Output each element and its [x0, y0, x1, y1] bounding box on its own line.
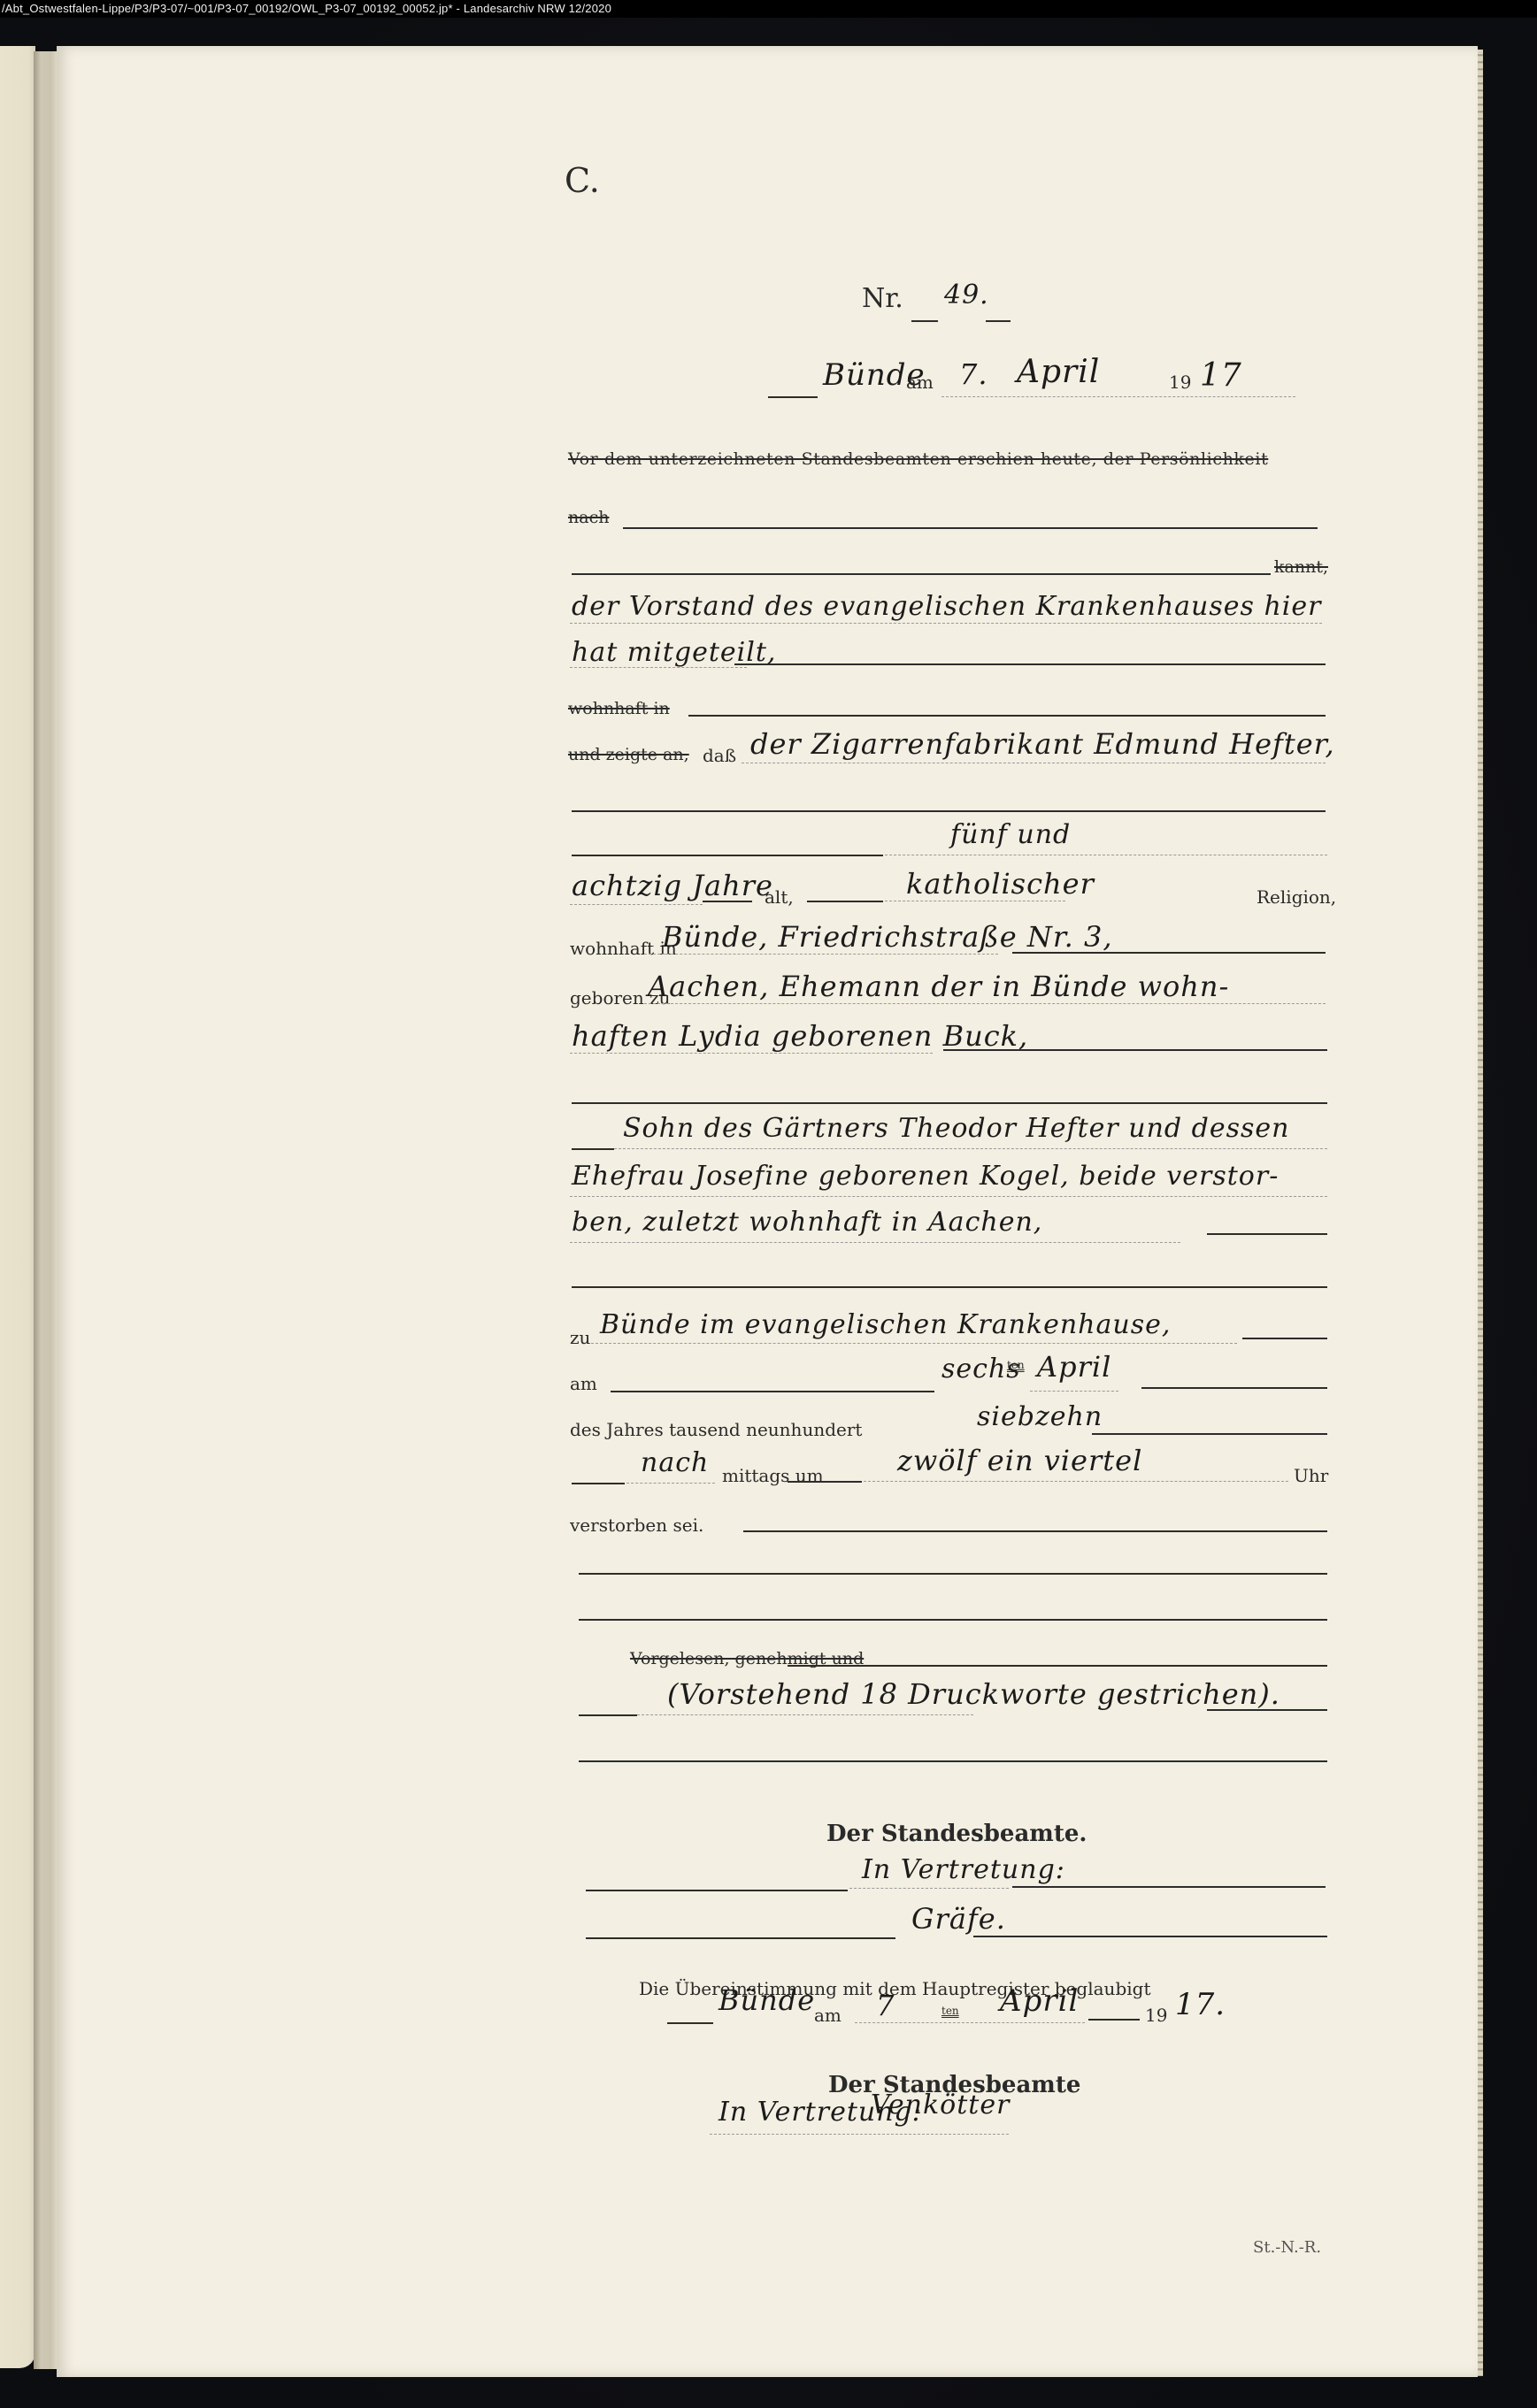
- struck-intro-text: Vor dem unterzeichneten Standesbeamten e…: [568, 449, 1364, 469]
- parents-line-1: Sohn des Gärtners Theodor Hefter und des…: [623, 1113, 1289, 1144]
- cert-day: 7: [876, 1989, 895, 2022]
- age-line-2: achtzig Jahre: [572, 869, 773, 902]
- footer-form-mark: St.-N.-R.: [1253, 2238, 1321, 2257]
- residence-value: Bünde, Friedrichstraße Nr. 3,: [662, 920, 1113, 954]
- number-label: Nr.: [862, 283, 903, 314]
- daytime-value: nach: [641, 1447, 709, 1478]
- struck-zeigte-an: und zeigte an,: [568, 745, 689, 764]
- zu-label: zu: [570, 1327, 590, 1348]
- book-gutter: [34, 51, 58, 2369]
- time-value: zwölf ein viertel: [897, 1444, 1142, 1477]
- registrar-deputy: In Vertretung:: [862, 1854, 1065, 1885]
- date-month: April: [1017, 354, 1100, 390]
- death-month: April: [1037, 1350, 1111, 1384]
- section-letter: C.: [565, 161, 600, 200]
- registrar2-signature: Venkötter: [871, 2090, 1010, 2120]
- cert-ten-suffix: ten: [941, 2005, 959, 2017]
- birth-line-1: Aachen, Ehemann der in Bünde wohn-: [648, 970, 1229, 1003]
- registrar-title: Der Standesbeamte.: [826, 1821, 1087, 1847]
- register-page: C. Nr. 49. Bünde am 7. April 19 17 Vor d…: [57, 46, 1478, 2377]
- date-am-label: am: [906, 372, 934, 393]
- wohnhaft-label: wohnhaft in: [570, 938, 677, 959]
- alt-label: alt,: [765, 886, 794, 908]
- year-words-value: siebzehn: [977, 1401, 1103, 1432]
- uhr-label: Uhr: [1294, 1465, 1328, 1486]
- year-suffix: 17: [1200, 357, 1242, 394]
- parents-line-3: ben, zuletzt wohnhaft in Aachen,: [572, 1207, 1042, 1238]
- birth-line-2: haften Lydia geborenen Buck,: [572, 1019, 1028, 1053]
- religion-value: katholischer: [906, 867, 1095, 901]
- deceased-name: der Zigarrenfabrikant Edmund Hefter,: [750, 727, 1335, 761]
- window-title: /Abt_Ostwestfalen-Lippe/P3/P3-07/~001/P3…: [0, 0, 1537, 18]
- struck-nach: nach: [568, 508, 609, 527]
- religion-label: Religion,: [1256, 886, 1336, 908]
- dass-label: daß: [703, 745, 736, 766]
- informant-line-1: der Vorstand des evangelischen Krankenha…: [572, 591, 1321, 622]
- death-place: Bünde im evangelischen Krankenhause,: [600, 1309, 1171, 1340]
- year-prefix: 19: [1169, 372, 1191, 393]
- verstorben-label: verstorben sei.: [570, 1515, 703, 1536]
- mittags-label: mittags um: [722, 1465, 824, 1486]
- date-day: 7.: [959, 357, 988, 391]
- cert-year-prefix: 19: [1145, 2005, 1167, 2026]
- cert-month: April: [1000, 1983, 1079, 2019]
- cert-place: Bünde: [719, 1983, 815, 2017]
- left-page-edge: [0, 46, 35, 2368]
- cert-year-suffix: 17.: [1175, 1987, 1226, 2022]
- year-words-label: des Jahres tausend neunhundert: [570, 1419, 862, 1440]
- struck-kannt: kannt,: [1274, 557, 1328, 577]
- cert-am-label: am: [814, 2005, 842, 2026]
- struck-wohnhaft: wohnhaft in: [568, 699, 670, 718]
- registrar-signature: Gräfe.: [911, 1902, 1006, 1936]
- am-label: am: [570, 1373, 597, 1394]
- correction-note: (Vorstehend 18 Druckworte gestrichen).: [667, 1677, 1280, 1711]
- age-line-1: fünf und: [950, 819, 1071, 850]
- parents-line-2: Ehefrau Josefine geborenen Kogel, beide …: [572, 1161, 1279, 1192]
- ten-suffix: ten: [1007, 1359, 1025, 1371]
- entry-number: 49.: [944, 280, 989, 311]
